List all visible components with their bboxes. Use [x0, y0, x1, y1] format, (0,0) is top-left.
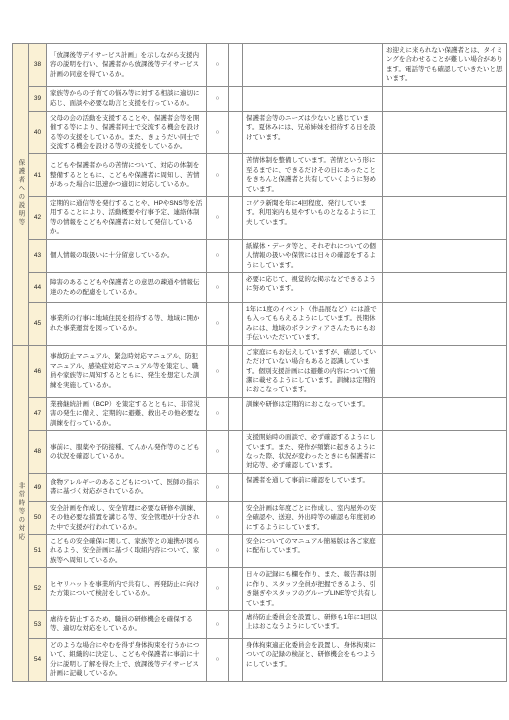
parent-comment [383, 431, 507, 474]
table-row: 39家族等からの子育ての悩み等に対する相談に適切に応じ、面談や必要な助言と支援を… [13, 86, 507, 111]
question-text: 家族等からの子育ての悩み等に対する相談に適切に応じ、面談や必要な助言と支援を行っ… [47, 86, 207, 111]
row-number: 53 [29, 610, 47, 638]
office-comment [243, 86, 383, 111]
table-row: 53虐待を防止するため、職員の研修機会を確保する等、適切な対応をしているか。○虐… [13, 610, 507, 638]
question-text: 業務継続計画（BCP）を策定するとともに、非常災害の発生に備え、定期的に避難、救… [47, 397, 207, 430]
table-row: 43個人情報の取扱いに十分留意しているか。○紙媒体・データ等と、それぞれについて… [13, 239, 507, 272]
evaluation-mark: ○ [207, 610, 229, 638]
document-page: 保護者への説明等38「放課後等デイサービス計画」を示しながら支援内容の説明を行い… [0, 0, 509, 720]
table-row: 40父母の会の活動を支援することや、保護者会等を開催する等により、保護者同士で交… [13, 111, 507, 154]
spare-cell [229, 154, 243, 197]
parent-comment [383, 568, 507, 611]
evaluation-mark: ○ [207, 86, 229, 111]
spare-cell [229, 303, 243, 346]
office-comment: 苦情体制を整備しています。苦情という形に至るまでに、できるだけその日にあったこと… [243, 154, 383, 197]
question-text: 虐待を防止するため、職員の研修機会を確保する等、適切な対応をしているか。 [47, 610, 207, 638]
row-number: 50 [29, 501, 47, 534]
office-comment: ご家庭にもお伝えしていますが、確認していただけていない場合もあると認識しています… [243, 345, 383, 397]
office-comment: 身体拘束適正化委員会を設置し、身体拘束についての記録の検証と、研修機会をもつよう… [243, 638, 383, 681]
parent-comment [383, 239, 507, 272]
office-comment: 訓練や研修は定期的におこなっています。 [243, 397, 383, 430]
table-row: 48事前に、服薬や予防接種、てんかん発作等のこどもの状況を確認しているか。○支援… [13, 431, 507, 474]
spare-cell [229, 111, 243, 154]
parent-comment [383, 303, 507, 346]
question-text: こどもや保護者からの苦情について、対応の体制を整備するとともに、こどもや保護者に… [47, 154, 207, 197]
question-text: 父母の会の活動を支援することや、保護者会等を開催する等により、保護者同士で交流す… [47, 111, 207, 154]
question-text: 個人情報の取扱いに十分留意しているか。 [47, 239, 207, 272]
table-row: 42定期的に通信等を発行することや、HPやSNS等を活用することにより、活動概要… [13, 197, 507, 240]
spare-cell [229, 197, 243, 240]
evaluation-mark: ○ [207, 273, 229, 303]
section-category-cell: 保護者への説明等 [13, 44, 29, 346]
question-text: 事業所の行事に地域住民を招待する等、地域に開かれた事業運営を図っているか。 [47, 303, 207, 346]
table-row: 44障害のあるこどもや保護者との意思の疎通や情報伝達のための配慮をしているか。○… [13, 273, 507, 303]
row-number: 44 [29, 273, 47, 303]
row-number: 43 [29, 239, 47, 272]
spare-cell [229, 239, 243, 272]
row-number: 49 [29, 473, 47, 501]
evaluation-mark: ○ [207, 44, 229, 87]
spare-cell [229, 345, 243, 397]
table-row: 50安全計画を作成し、安全管理に必要な研修や訓練、その他必要な措置を講じる等、安… [13, 501, 507, 534]
table-row: 47業務継続計画（BCP）を策定するとともに、非常災害の発生に備え、定期的に避難… [13, 397, 507, 430]
parent-comment [383, 154, 507, 197]
evaluation-mark: ○ [207, 473, 229, 501]
evaluation-mark: ○ [207, 397, 229, 430]
table-row: 非常時等の対応46事故防止マニュアル、緊急時対応マニュアル、防犯マニュアル、感染… [13, 345, 507, 397]
row-number: 46 [29, 345, 47, 397]
table-row: 52ヒヤリハットを事業所内で共有し、再発防止に向けた方策について検討をしているか… [13, 568, 507, 611]
spare-cell [229, 501, 243, 534]
evaluation-mark: ○ [207, 431, 229, 474]
spare-cell [229, 44, 243, 87]
question-text: 「放課後等デイサービス計画」を示しながら支援内容の説明を行い、保護者から放課後等… [47, 44, 207, 87]
question-text: どのような場合にやむを得ず身体拘束を行うかについて、組織的に決定し、こどもや保護… [47, 638, 207, 681]
spare-cell [229, 273, 243, 303]
spare-cell [229, 431, 243, 474]
evaluation-mark: ○ [207, 501, 229, 534]
table-row: 41こどもや保護者からの苦情について、対応の体制を整備するとともに、こどもや保護… [13, 154, 507, 197]
question-text: 安全計画を作成し、安全管理に必要な研修や訓練、その他必要な措置を講じる等、安全管… [47, 501, 207, 534]
table-row: 54どのような場合にやむを得ず身体拘束を行うかについて、組織的に決定し、こどもや… [13, 638, 507, 681]
evaluation-mark: ○ [207, 154, 229, 197]
question-text: 事故防止マニュアル、緊急時対応マニュアル、防犯マニュアル、感染症対応マニュアル等… [47, 345, 207, 397]
question-text: 事前に、服薬や予防接種、てんかん発作等のこどもの状況を確認しているか。 [47, 431, 207, 474]
evaluation-mark: ○ [207, 638, 229, 681]
evaluation-mark: ○ [207, 111, 229, 154]
parent-comment [383, 610, 507, 638]
row-number: 39 [29, 86, 47, 111]
row-number: 54 [29, 638, 47, 681]
question-text: 定期的に通信等を発行することや、HPやSNS等を活用することにより、活動概要や行… [47, 197, 207, 240]
section-label: 保護者への説明等 [16, 159, 25, 227]
office-comment: 保護者を通して事前に確認をしています。 [243, 473, 383, 501]
section-label: 非常時等の対応 [16, 482, 25, 542]
row-number: 48 [29, 431, 47, 474]
parent-comment [383, 197, 507, 240]
evaluation-mark: ○ [207, 345, 229, 397]
evaluation-table: 保護者への説明等38「放課後等デイサービス計画」を示しながら支援内容の説明を行い… [12, 43, 507, 682]
table-row: 保護者への説明等38「放課後等デイサービス計画」を示しながら支援内容の説明を行い… [13, 44, 507, 87]
spare-cell [229, 397, 243, 430]
office-comment [243, 44, 383, 87]
office-comment: 安全計画は年度ごとに作成し、室内屋外の安全確認や、送迎、外出時等の確認も年度初め… [243, 501, 383, 534]
table-row: 51こどもの安全確保に関して、家族等との連携が図られるよう、安全計画に基づく取組… [13, 535, 507, 568]
office-comment: 紙媒体・データ等と、それぞれについての個人情報の扱いや保管には日々の確認をするよ… [243, 239, 383, 272]
evaluation-mark: ○ [207, 568, 229, 611]
parent-comment [383, 86, 507, 111]
parent-comment [383, 345, 507, 397]
parent-comment [383, 638, 507, 681]
evaluation-mark: ○ [207, 535, 229, 568]
section-category-cell: 非常時等の対応 [13, 345, 29, 681]
question-text: こどもの安全確保に関して、家族等との連携が図られるよう、安全計画に基づく取組内容… [47, 535, 207, 568]
office-comment: 日々の記録にも欄を作り、また、報告書は別に作り、スタッフ全員が把握できるよう、引… [243, 568, 383, 611]
parent-comment [383, 473, 507, 501]
row-number: 52 [29, 568, 47, 611]
row-number: 42 [29, 197, 47, 240]
parent-comment [383, 501, 507, 534]
parent-comment [383, 111, 507, 154]
spare-cell [229, 86, 243, 111]
office-comment: コゲラ新聞を年に4回程度、発行しています。利用案内も見やすいものとなるように工夫… [243, 197, 383, 240]
evaluation-mark: ○ [207, 303, 229, 346]
row-number: 45 [29, 303, 47, 346]
spare-cell [229, 535, 243, 568]
evaluation-mark: ○ [207, 239, 229, 272]
row-number: 40 [29, 111, 47, 154]
evaluation-table-body: 保護者への説明等38「放課後等デイサービス計画」を示しながら支援内容の説明を行い… [13, 44, 507, 682]
row-number: 51 [29, 535, 47, 568]
parent-comment [383, 397, 507, 430]
parent-comment: お迎えに来られない保護者とは、タイミングを合わせることが難しい場合があります。電… [383, 44, 507, 87]
row-number: 38 [29, 44, 47, 87]
evaluation-mark: ○ [207, 197, 229, 240]
question-text: 食物アレルギーのあるこどもについて、医師の指示書に基づく対応がされているか。 [47, 473, 207, 501]
spare-cell [229, 473, 243, 501]
office-comment: 保護者会等のニーズは少ないと感じています。夏休みには、兄弟姉妹を招待する日を設け… [243, 111, 383, 154]
table-row: 49食物アレルギーのあるこどもについて、医師の指示書に基づく対応がされているか。… [13, 473, 507, 501]
office-comment: 必要に応じて、視覚的な掲示などできるように努めています。 [243, 273, 383, 303]
question-text: ヒヤリハットを事業所内で共有し、再発防止に向けた方策について検討をしているか。 [47, 568, 207, 611]
spare-cell [229, 568, 243, 611]
office-comment: 安全についてのマニュアル簡易版は各ご家庭に配布しています。 [243, 535, 383, 568]
question-text: 障害のあるこどもや保護者との意思の疎通や情報伝達のための配慮をしているか。 [47, 273, 207, 303]
office-comment: 支援開始時の面談で、必ず確認するようにしています。また、発作が頻繁に起きるように… [243, 431, 383, 474]
parent-comment [383, 535, 507, 568]
office-comment: 1年に1度のイベント（作品展など）には誰でも入ってもらえるようにしています。長期… [243, 303, 383, 346]
row-number: 47 [29, 397, 47, 430]
office-comment: 虐待防止委員会を設置し、研修も1年に1回以上はおこなうようにしています。 [243, 610, 383, 638]
table-row: 45事業所の行事に地域住民を招待する等、地域に開かれた事業運営を図っているか。○… [13, 303, 507, 346]
parent-comment [383, 273, 507, 303]
spare-cell [229, 638, 243, 681]
spare-cell [229, 610, 243, 638]
row-number: 41 [29, 154, 47, 197]
